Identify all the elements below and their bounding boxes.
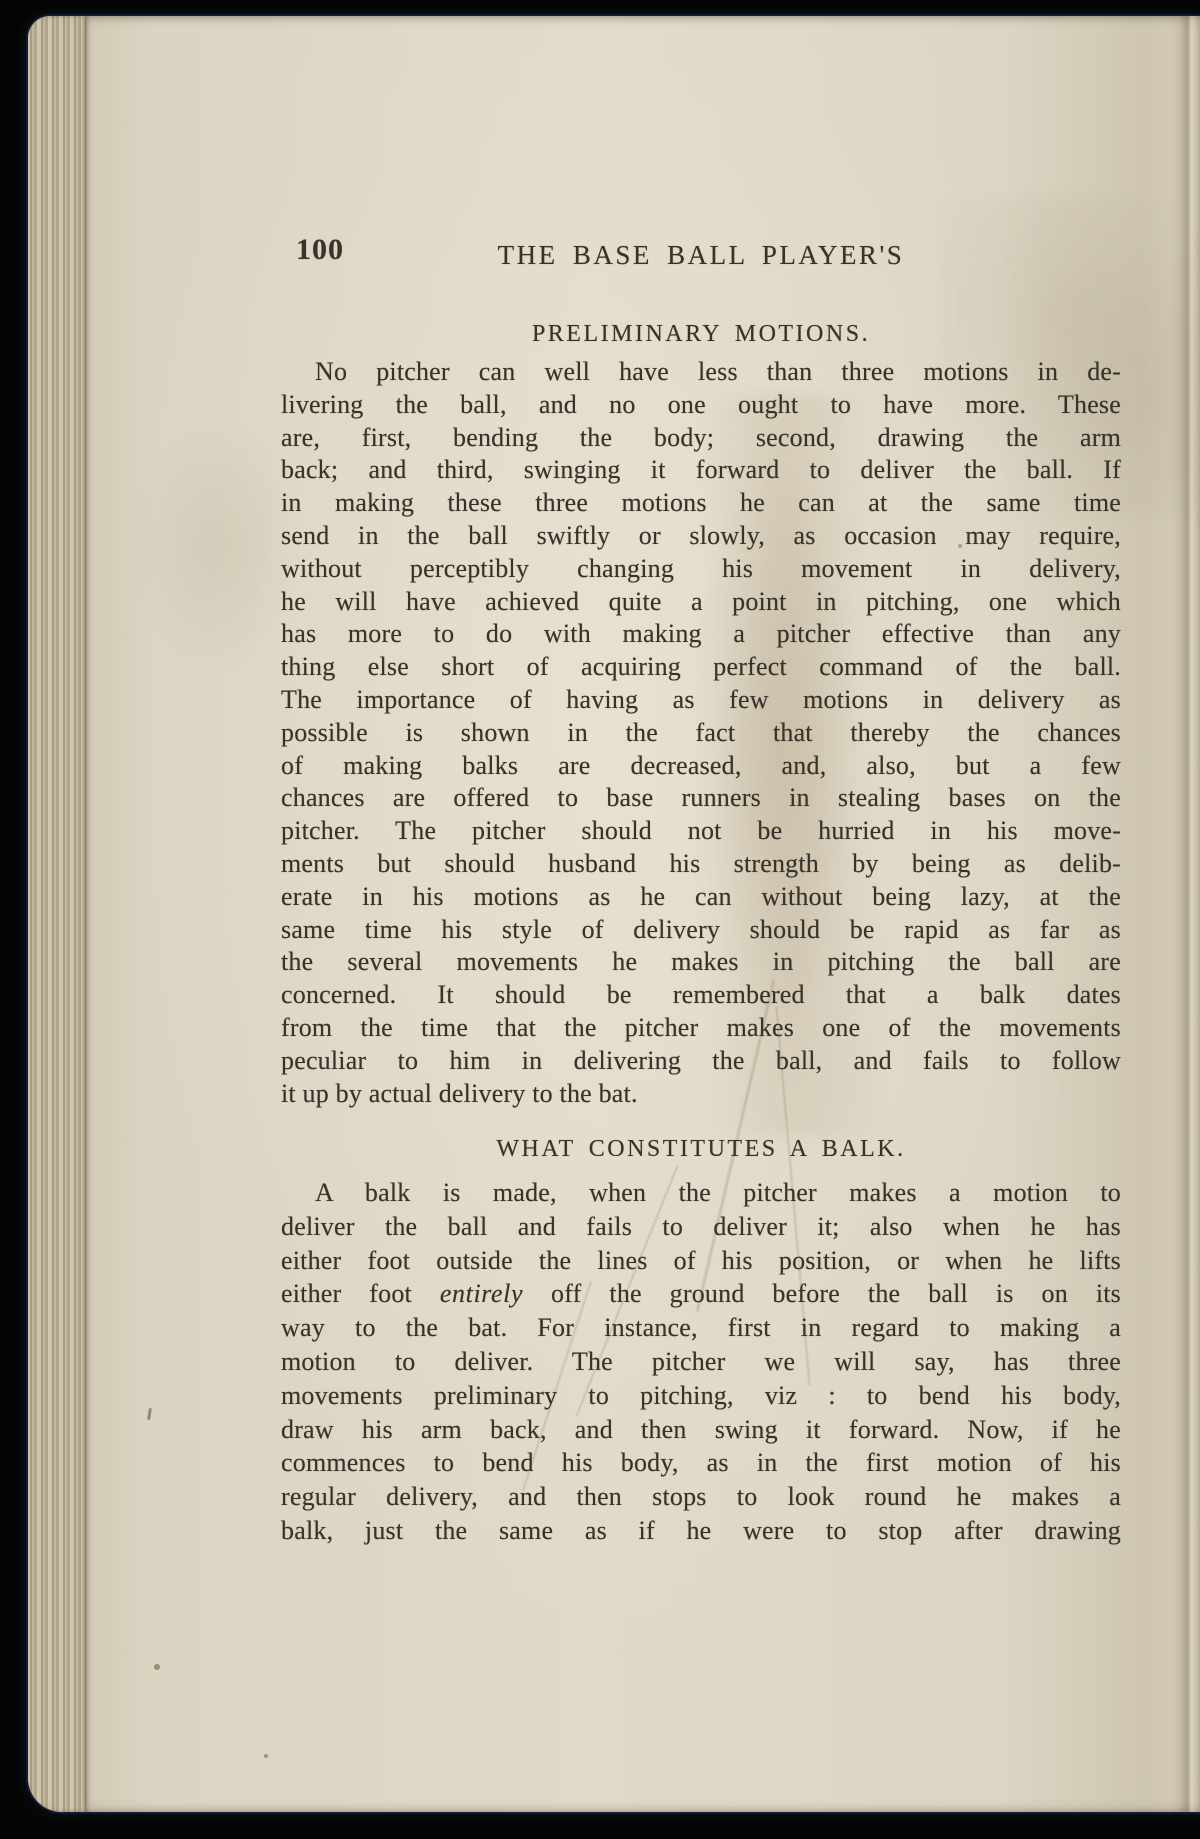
text-line: it up by actual delivery to the bat. [281, 1078, 1121, 1111]
text-line: deliver the ball and fails to deliver it… [281, 1210, 1121, 1244]
text-line: possible is shown in the fact that there… [281, 717, 1121, 750]
ink-speck [147, 1408, 152, 1420]
show-through-stain [126, 406, 306, 686]
section-heading-what-constitutes-a-balk: WHAT CONSTITUTES A BALK. [281, 1136, 1121, 1163]
paragraph-preliminary-motions: No pitcher can well have less than three… [281, 356, 1121, 1110]
text-line: movements preliminary to pitching, viz :… [281, 1379, 1121, 1413]
text-line: balk, just the same as if he were to sto… [281, 1514, 1121, 1548]
text-line: regular delivery, and then stops to look… [281, 1480, 1121, 1514]
text-line: chances are offered to base runners in s… [281, 782, 1121, 815]
text-line: the several movements he makes in pitchi… [281, 946, 1121, 979]
text-line: thing else short of acquiring perfect co… [281, 651, 1121, 684]
text-line: send in the ball swiftly or slowly, as o… [281, 520, 1121, 553]
text-line: No pitcher can well have less than three… [281, 356, 1121, 389]
text-line: erate in his motions as he can without b… [281, 881, 1121, 914]
text-line: livering the ball, and no one ought to h… [281, 389, 1121, 422]
text-line: ments but should husband his strength by… [281, 848, 1121, 881]
text-line: concerned. It should be remembered that … [281, 979, 1121, 1012]
text-line: he will have achieved quite a point in p… [281, 586, 1121, 619]
text-line: without perceptibly changing his movemen… [281, 553, 1121, 586]
section-heading-preliminary-motions: PRELIMINARY MOTIONS. [281, 321, 1121, 348]
ink-speck [154, 1664, 160, 1670]
text-line: back; and third, swinging it forward to … [281, 454, 1121, 487]
text-line: motion to deliver. The pitcher we will s… [281, 1345, 1121, 1379]
text-line: commences to bend his body, as in the fi… [281, 1446, 1121, 1480]
text-line: peculiar to him in delivering the ball, … [281, 1045, 1121, 1078]
text-line: are, first, bending the body; second, dr… [281, 422, 1121, 455]
text-line: The importance of having as few motions … [281, 684, 1121, 717]
text-line: in making these three motions he can at … [281, 487, 1121, 520]
text-line: same time his style of delivery should b… [281, 914, 1121, 947]
book-page: 100 THE BASE BALL PLAYER'S PRELIMINARY M… [28, 16, 1200, 1812]
ink-speck [264, 1754, 268, 1758]
text-line: either foot outside the lines of his pos… [281, 1244, 1121, 1278]
text-line: either foot entirely off the ground befo… [281, 1277, 1121, 1311]
text-line: draw his arm back, and then swing it for… [281, 1413, 1121, 1447]
paper-surface: 100 THE BASE BALL PLAYER'S PRELIMINARY M… [86, 16, 1200, 1812]
text-line: way to the bat. For instance, first in r… [281, 1311, 1121, 1345]
running-title: THE BASE BALL PLAYER'S [281, 240, 1121, 271]
scanned-book-photo: 100 THE BASE BALL PLAYER'S PRELIMINARY M… [0, 0, 1200, 1839]
text-line: has more to do with making a pitcher eff… [281, 618, 1121, 651]
text-line: of making balks are decreased, and, also… [281, 750, 1121, 783]
page-edge-stack [28, 16, 88, 1812]
text-line: from the time that the pitcher makes one… [281, 1012, 1121, 1045]
text-line: A balk is made, when the pitcher makes a… [281, 1176, 1121, 1210]
text-line: pitcher. The pitcher should not be hurri… [281, 815, 1121, 848]
paragraph-what-constitutes-a-balk: A balk is made, when the pitcher makes a… [281, 1176, 1121, 1548]
